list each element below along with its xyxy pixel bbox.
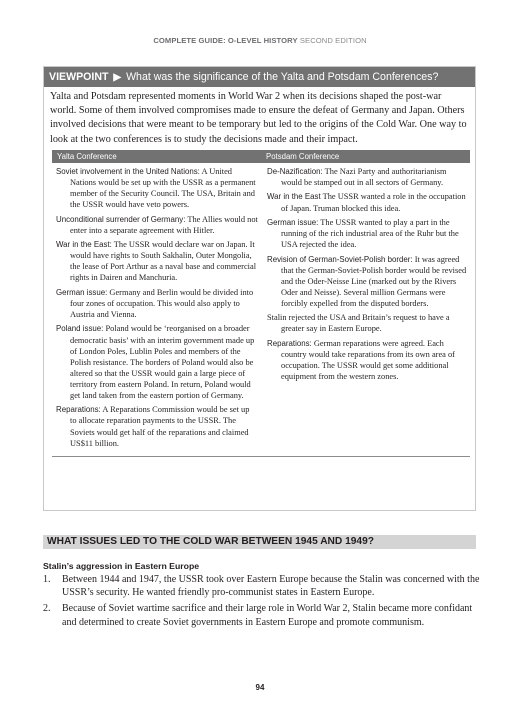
potsdam-entry: Stalin rejected the USA and Britain’s re… — [267, 312, 467, 334]
viewpoint-intro: Yalta and Potsdam represented moments in… — [44, 87, 475, 147]
running-head: COMPLETE GUIDE: O-LEVEL HISTORY SECOND E… — [0, 36, 520, 45]
yalta-entry: Unconditional surrender of Germany: The … — [56, 214, 258, 236]
section-heading: WHAT ISSUES LED TO THE COLD WAR BETWEEN … — [43, 535, 476, 549]
header-yalta: Yalta Conference — [52, 150, 261, 163]
viewpoint-box: VIEWPOINT ▶ What was the significance of… — [43, 66, 476, 511]
potsdam-entry: War in the East The USSR wanted a role i… — [267, 191, 467, 213]
numbered-list: 1. Between 1944 and 1947, the USSR took … — [43, 573, 483, 632]
table-body: Soviet involvement in the United Nations… — [52, 163, 470, 457]
yalta-entry: Soviet involvement in the United Nations… — [56, 166, 258, 210]
viewpoint-header: VIEWPOINT ▶ What was the significance of… — [44, 67, 475, 87]
list-text: Between 1944 and 1947, the USSR took ove… — [62, 573, 483, 599]
potsdam-column: De-Nazification: The Nazi Party and auth… — [261, 163, 470, 456]
conference-table: Yalta Conference Potsdam Conference Sovi… — [52, 150, 470, 457]
list-number: 1. — [43, 573, 62, 599]
page-number: 94 — [0, 683, 520, 692]
list-number: 2. — [43, 602, 62, 628]
yalta-entry: War in the East: The USSR would declare … — [56, 239, 258, 283]
section-subheading: Stalin’s aggression in Eastern Europe — [43, 561, 199, 571]
potsdam-entry: Reparations: German reparations were agr… — [267, 338, 467, 382]
list-item: 2. Because of Soviet wartime sacrifice a… — [43, 602, 483, 628]
potsdam-entry: Revision of German-Soviet-Polish border:… — [267, 254, 467, 309]
potsdam-entry: German issue: The USSR wanted to play a … — [267, 217, 467, 250]
yalta-column: Soviet involvement in the United Nations… — [52, 163, 261, 456]
yalta-entry: Poland issue: Poland would be ‘reorganis… — [56, 323, 258, 401]
potsdam-entry: De-Nazification: The Nazi Party and auth… — [267, 166, 467, 188]
book-title: COMPLETE GUIDE: O-LEVEL HISTORY — [153, 36, 297, 45]
table-header: Yalta Conference Potsdam Conference — [52, 150, 470, 163]
viewpoint-question: What was the significance of the Yalta a… — [126, 71, 438, 83]
header-potsdam: Potsdam Conference — [261, 150, 470, 163]
list-item: 1. Between 1944 and 1947, the USSR took … — [43, 573, 483, 599]
list-text: Because of Soviet wartime sacrifice and … — [62, 602, 483, 628]
book-edition: SECOND EDITION — [300, 36, 367, 45]
viewpoint-label: VIEWPOINT — [49, 71, 108, 83]
yalta-entry: Reparations: A Reparations Commission wo… — [56, 404, 258, 448]
yalta-entry: German issue: Germany and Berlin would b… — [56, 287, 258, 320]
play-arrow-icon: ▶ — [113, 72, 121, 83]
